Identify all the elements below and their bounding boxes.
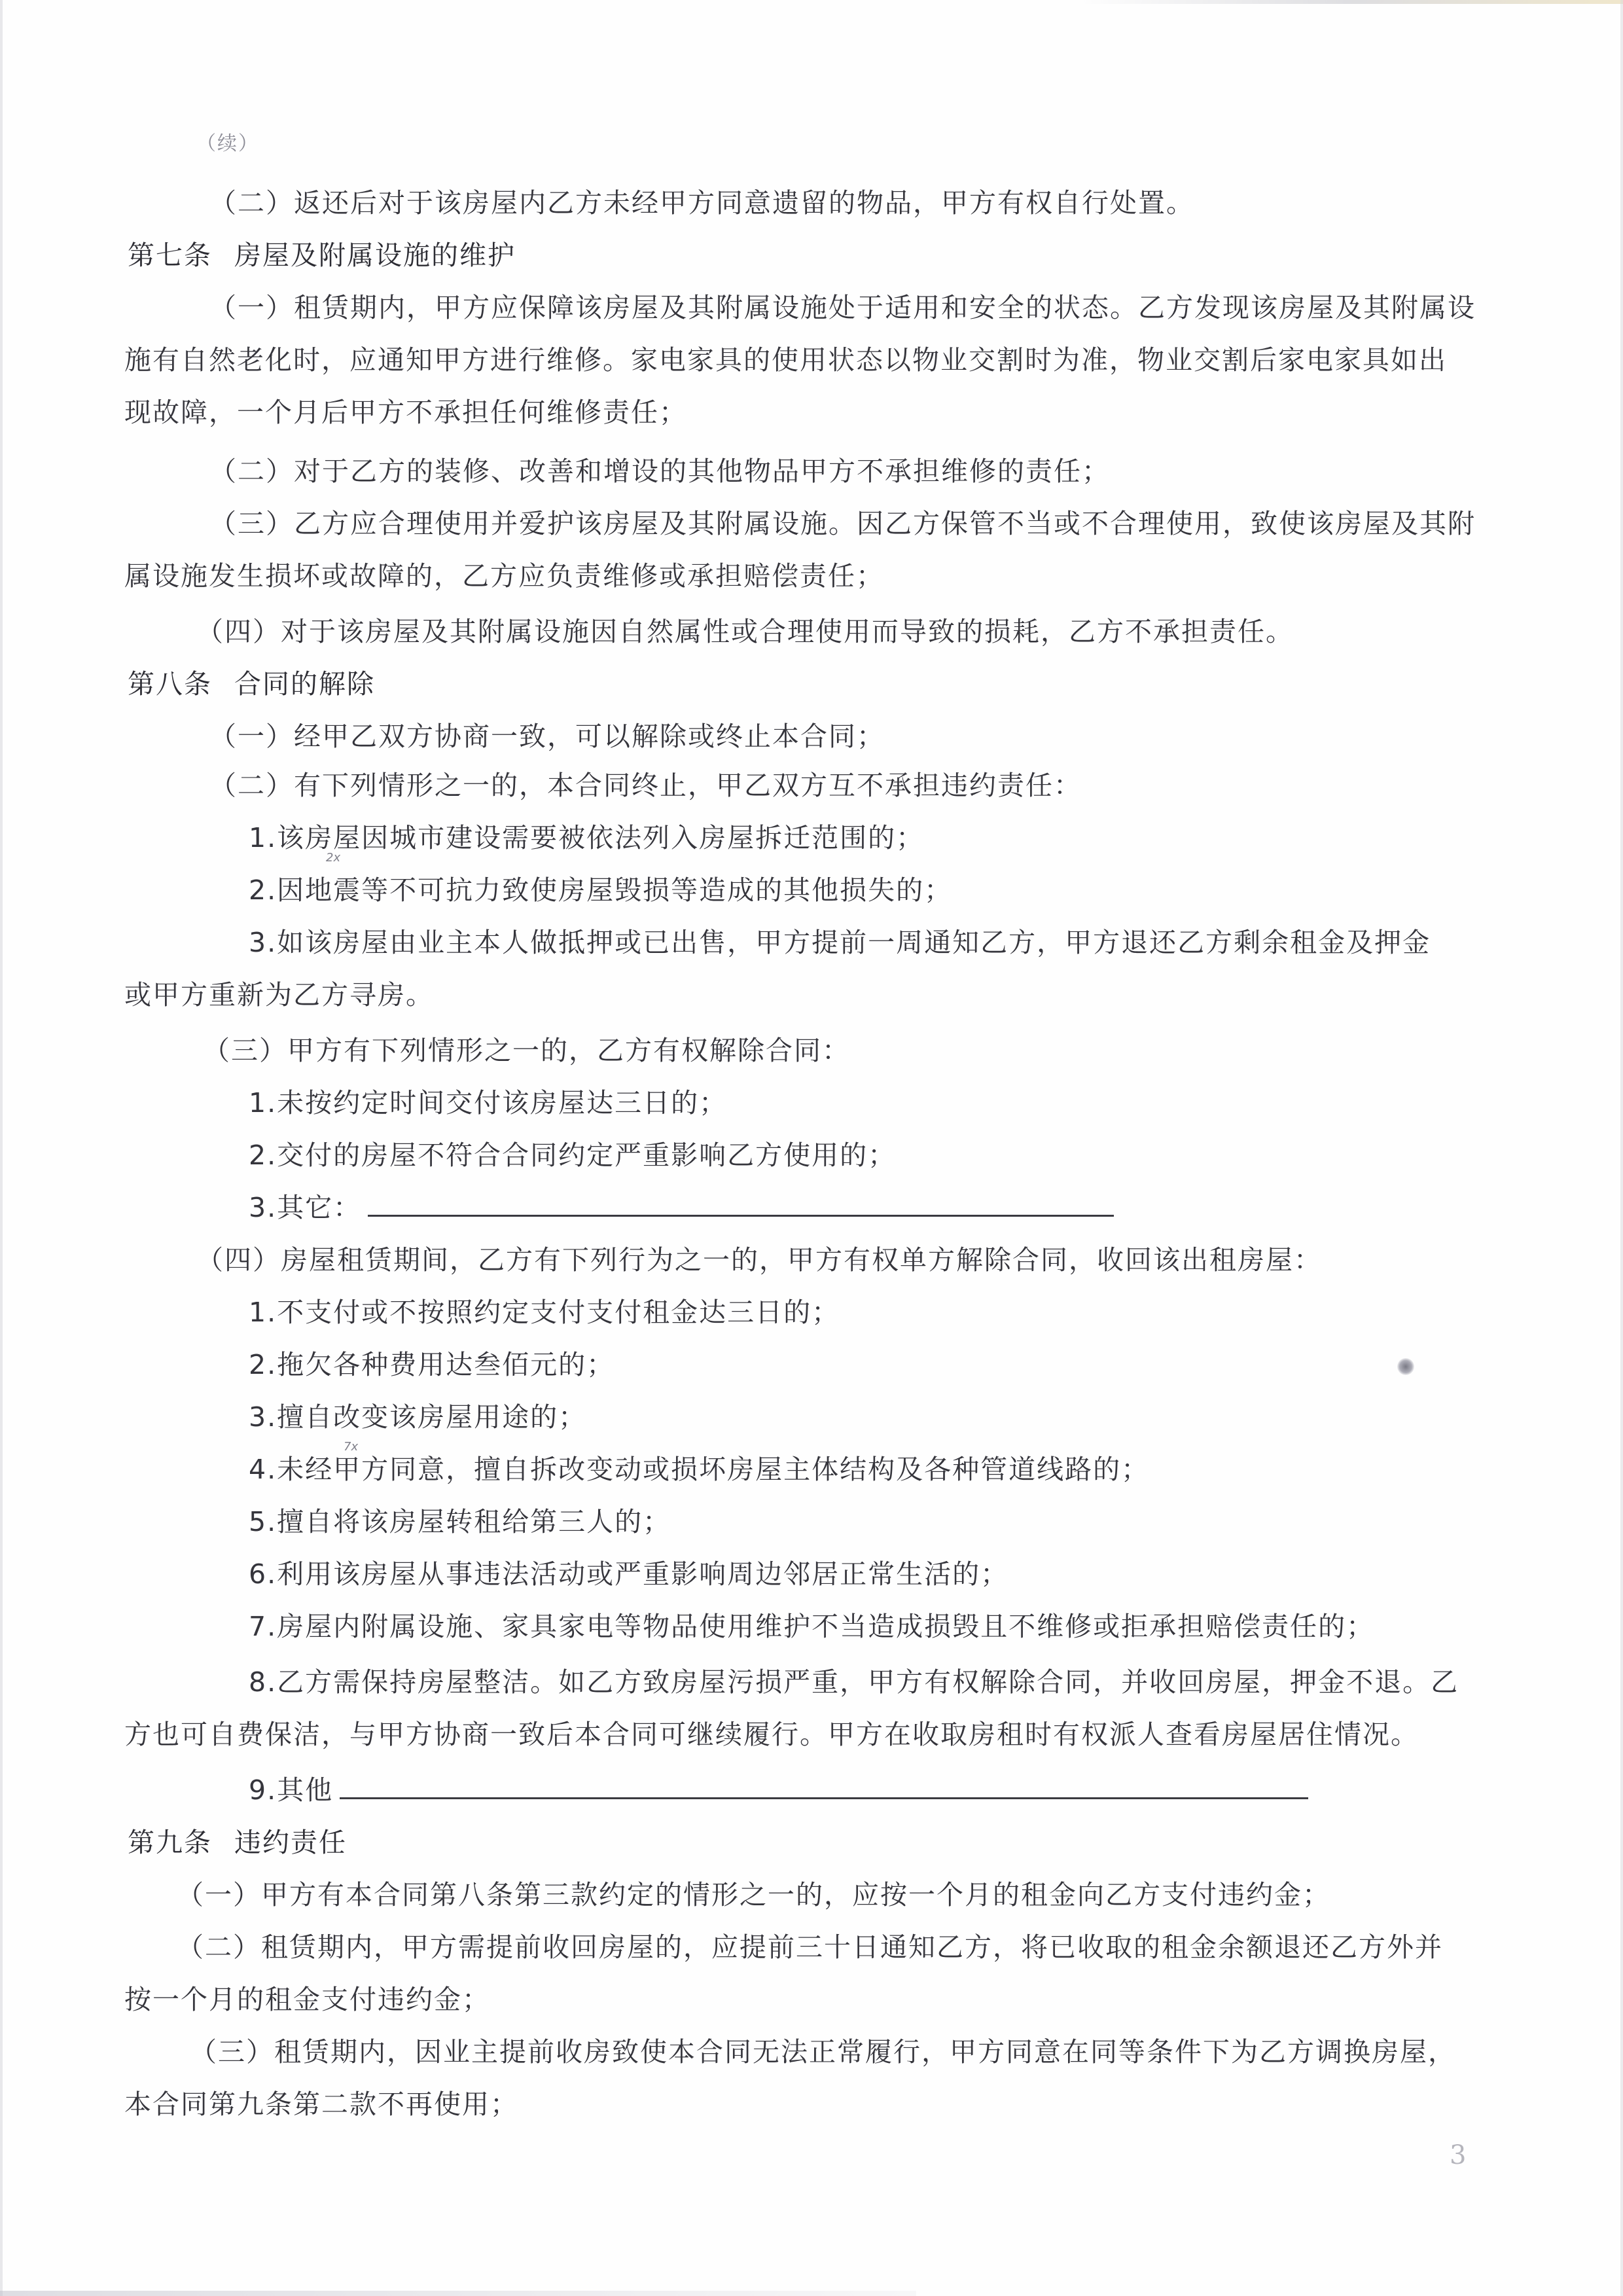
list-item: 8.乙方需保持房屋整洁。如乙方致房屋污损严重，甲方有权解除合同，并收回房屋，押金… [249,1662,1459,1702]
scan-edge-right [1620,0,1623,2296]
handwritten-note: 7x [344,1440,358,1454]
list-item-other: 3.其它： [249,1188,1114,1227]
list-item: 2.拖欠各种费用达叁佰元的； [249,1345,615,1384]
article-number: 第九条 [128,1827,212,1858]
paragraph-line: （一）租赁期内，甲方应保障该房屋及其附属设施处于适用和安全的状态。乙方发现该房屋… [209,288,1476,327]
list-item-other: 9.其他 [249,1770,1308,1810]
scan-edge-bottom [0,2291,916,2296]
list-item: 5.擅自将该房屋转租给第三人的； [249,1502,671,1541]
paragraph-line: 方也可自费保洁，与甲方协商一致后本合同可继续履行。甲方在收取房租时有权派人查看房… [124,1715,1419,1754]
paragraph-line: 按一个月的租金支付违约金； [124,1980,490,2019]
article-9-heading: 第九条违约责任 [128,1823,347,1862]
paragraph-line: （二）租赁期内，甲方需提前收回房屋的，应提前三十日通知乙方，将已收取的租金余额退… [177,1928,1443,1967]
article-number: 第八条 [128,668,212,700]
paragraph-line: （三）租赁期内，因业主提前收房致使本合同无法正常履行，甲方同意在同等条件下为乙方… [190,2032,1456,2072]
list-item: 6.利用该房屋从事违法活动或严重影响周边邻居正常生活的； [249,1554,1008,1594]
clause-7-return-items: （二）返还后对于该房屋内乙方未经甲方同意遗留的物品，甲方有权自行处置。 [209,183,1194,223]
list-item: 1.该房屋因城市建设需要被依法列入房屋拆迁范围的； [249,818,924,857]
article-number: 第七条 [128,240,212,271]
scan-edge-top [1080,0,1623,4]
paragraph-line: （一）甲方有本合同第八条第三款约定的情形之一的，应按一个月的租金向乙方支付违约金… [177,1875,1330,1914]
paragraph-line: 施有自然老化时，应通知甲方进行维修。家电家具的使用状态以物业交割时为准，物业交割… [124,340,1447,380]
fill-in-blank[interactable] [368,1189,1114,1217]
list-item-label: 9.其他 [249,1774,333,1806]
paragraph-line: （一）经甲乙双方协商一致，可以解除或终止本合同； [209,717,885,756]
list-item: 7.房屋内附属设施、家具家电等物品使用维护不当造成损毁且不维修或拒承担赔偿责任的… [249,1607,1374,1646]
paragraph-line: （二）有下列情形之一的，本合同终止，甲乙双方互不承担违约责任： [209,766,1082,805]
list-item: 3.如该房屋由业主本人做抵押或已出售，甲方提前一周通知乙方，甲方退还乙方剩余租金… [249,923,1431,962]
paragraph-line: （三）甲方有下列情形之一的，乙方有权解除合同： [203,1031,850,1070]
list-item-label: 3.其它： [249,1192,361,1223]
page-number: 3 [1450,2140,1466,2170]
paragraph-line: 本合同第九条第二款不再使用； [124,2085,518,2124]
article-title: 房屋及附属设施的维护 [234,240,516,271]
ink-smudge [1397,1358,1414,1375]
paragraph-line: 属设施发生损坏或故障的，乙方应负责维修或承担赔偿责任； [124,556,884,596]
scan-edge-left [0,0,3,2296]
list-item: 3.擅自改变该房屋用途的； [249,1397,586,1437]
article-title: 合同的解除 [234,668,375,700]
paragraph-line: （二）对于乙方的装修、改善和增设的其他物品甲方不承担维修的责任； [209,452,1110,491]
paragraph-line: 或甲方重新为乙方寻房。 [124,975,434,1014]
article-8-heading: 第八条合同的解除 [128,664,375,704]
article-title: 违约责任 [234,1827,347,1858]
list-item: 1.未按约定时间交付该房屋达三日的； [249,1083,727,1122]
scanned-contract-page: （续） （二）返还后对于该房屋内乙方未经甲方同意遗留的物品，甲方有权自行处置。 … [0,0,1623,2296]
list-item: 4.未经甲方同意，擅自拆改变动或损坏房屋主体结构及各种管道线路的； [249,1450,1149,1489]
list-item: 1.不支付或不按照约定支付支付租金达三日的； [249,1293,840,1332]
article-7-heading: 第七条房屋及附属设施的维护 [128,236,516,275]
paragraph-line: （三）乙方应合理使用并爱护该房屋及其附属设施。因乙方保管不当或不合理使用，致使该… [209,504,1476,543]
top-fragment: （续） [196,124,259,164]
paragraph-line: 现故障，一个月后甲方不承担任何维修责任； [124,393,687,432]
paragraph-line: （四）房屋租赁期间，乙方有下列行为之一的，甲方有权单方解除合同，收回该出租房屋： [196,1240,1322,1280]
list-item: 2.因地震等不可抗力致使房屋毁损等造成的其他损失的； [249,870,952,910]
fill-in-blank[interactable] [340,1771,1308,1799]
handwritten-note: 2x [326,851,340,865]
paragraph-line: （四）对于该房屋及其附属设施因自然属性或合理使用而导致的损耗，乙方不承担责任。 [196,612,1294,651]
list-item: 2.交付的房屋不符合合同约定严重影响乙方使用的； [249,1136,896,1175]
